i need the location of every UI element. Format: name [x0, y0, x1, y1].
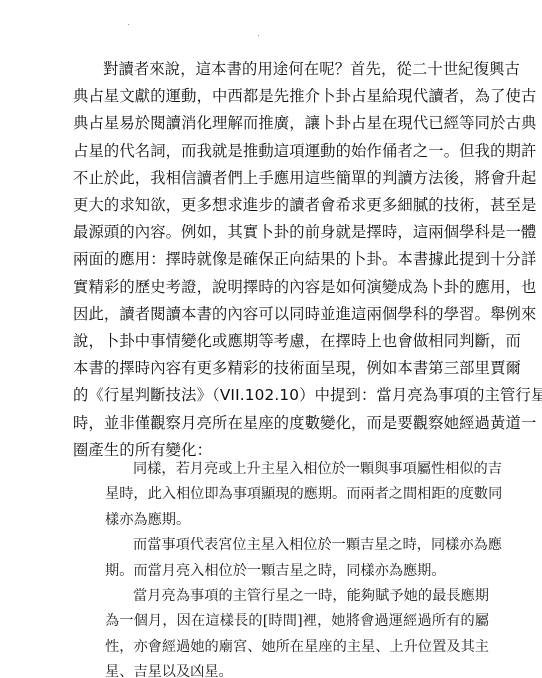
- scan-speck: [128, 24, 129, 25]
- text-line: 性，亦會經過她的廟宮、她所在星座的主星、上升位置及其主: [105, 635, 489, 660]
- text-line: 星時，此入相位即為事項顯現的應期。而兩者之間相距的度數同: [105, 482, 489, 507]
- text-line: 星、吉星以及凶星。: [105, 660, 489, 678]
- text-line: 同樣，若月亮或上升主星入相位於一顆與事項屬性相似的吉: [105, 457, 489, 482]
- quote-paragraph: 而當事項代表宮位主星入相位於一顆吉星之時，同樣亦為應 期。而當月亮入相位於一顆吉…: [105, 533, 489, 584]
- text-line: 典占星易於閱讀消化理解而推廣，讓卜卦占星在現代已經等同於古典: [73, 110, 483, 137]
- text-line: 期。而當月亮入相位於一顆吉星之時，同樣亦為應期。: [105, 559, 489, 584]
- quote-paragraph: 同樣，若月亮或上升主星入相位於一顆與事項屬性相似的吉 星時，此入相位即為事項顯現…: [105, 457, 489, 533]
- text-line: 的《行星判斷技法》（VII.102.10）中提到：當月亮為事項的主管行星: [73, 382, 483, 409]
- text-line: 而當事項代表宮位主星入相位於一顆吉星之時，同樣亦為應: [105, 533, 489, 558]
- body-paragraph: 對讀者來說，這本書的用途何在呢？首先，從二十世紀復興古 典占星文獻的運動，中西都…: [73, 56, 483, 464]
- text-line: 不止於此，我相信讀者們上手應用這些簡單的判讀方法後，將會升起: [73, 165, 483, 192]
- text-line: 典占星文獻的運動，中西都是先推介卜卦占星給現代讀者，為了使古: [73, 83, 483, 110]
- text-line: 當月亮為事項的主管行星之一時，能夠賦予她的最長應期: [105, 584, 489, 609]
- block-quote: 同樣，若月亮或上升主星入相位於一顆與事項屬性相似的吉 星時，此入相位即為事項顯現…: [105, 457, 489, 678]
- text-line: 本書的擇時內容有更多精彩的技術面呈現，例如本書第三部里賈爾: [73, 355, 483, 382]
- text-line: 因此，讀者閱讀本書的內容可以同時並進這兩個學科的學習。舉例來: [73, 301, 483, 328]
- text-line: 最源頭的內容。例如，其實卜卦的前身就是擇時，這兩個學科是一體: [73, 219, 483, 246]
- text-line: 樣亦為應期。: [105, 508, 489, 533]
- scan-speck: [258, 35, 259, 36]
- text-line: 更大的求知欲，更多想求進步的讀者會希求更多細膩的技術，甚至是: [73, 192, 483, 219]
- quote-paragraph: 當月亮為事項的主管行星之一時，能夠賦予她的最長應期 為一個月，因在這樣長的[時間…: [105, 584, 489, 678]
- text-line: 實精彩的歷史考證，說明擇時的內容是如何演變成為卜卦的應用，也: [73, 274, 483, 301]
- text-line: 說，卜卦中事情變化或應期等考慮，在擇時上也會做相同判斷，而: [73, 328, 483, 355]
- text-line: 為一個月，因在這樣長的[時間]裡，她將會過運經過所有的屬: [105, 609, 489, 634]
- document-page: 對讀者來說，這本書的用途何在呢？首先，從二十世紀復興古 典占星文獻的運動，中西都…: [0, 0, 542, 678]
- text-line: 對讀者來說，這本書的用途何在呢？首先，從二十世紀復興古: [73, 56, 483, 83]
- text-line: 時，並非僅觀察月亮所在星座的度數變化，而是要觀察她經過黃道一: [73, 410, 483, 437]
- text-line: 占星的代名詞，而我就是推動這項運動的始作俑者之一。但我的期許: [73, 138, 483, 165]
- text-line: 兩面的應用：擇時就像是確保正向結果的卜卦。本書據此提到十分詳: [73, 246, 483, 273]
